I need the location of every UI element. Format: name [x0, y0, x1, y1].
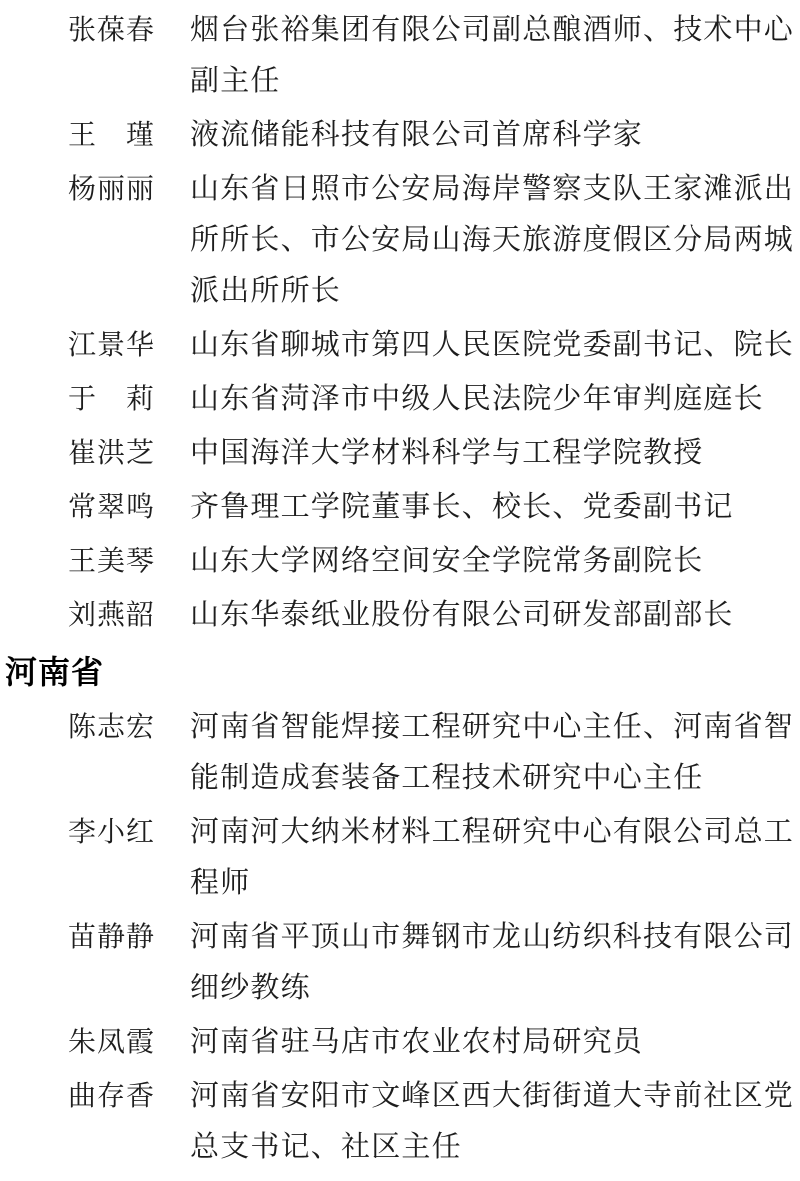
roster-entry: 王美琴山东大学网络空间安全学院常务副院长 — [0, 536, 800, 587]
roster-entry: 崔洪芝中国海洋大学材料科学与工程学院教授 — [0, 428, 800, 479]
entry-title: 山东省日照市公安局海岸警察支队王家滩派出所所长、市公安局山海天旅游度假区分局两城… — [190, 164, 794, 317]
entry-name: 刘燕韶 — [68, 590, 154, 641]
entry-name: 于莉 — [68, 374, 154, 425]
entry-title: 河南省驻马店市农业农村局研究员 — [190, 1017, 794, 1068]
roster-entry: 刘燕韶山东华泰纸业股份有限公司研发部副部长 — [0, 590, 800, 641]
roster-entry: 陈志宏河南省智能焊接工程研究中心主任、河南省智能制造成套装备工程技术研究中心主任 — [0, 702, 800, 804]
roster-entry: 朱凤霞河南省驻马店市农业农村局研究员 — [0, 1017, 800, 1068]
entry-name: 崔洪芝 — [68, 428, 154, 479]
entry-name: 王美琴 — [68, 536, 154, 587]
entry-title: 山东大学网络空间安全学院常务副院长 — [190, 536, 794, 587]
roster-entry: 曲存香河南省安阳市文峰区西大街街道大寺前社区党总支书记、社区主任 — [0, 1071, 800, 1173]
entry-name: 陈志宏 — [68, 702, 154, 753]
entry-title: 河南省智能焊接工程研究中心主任、河南省智能制造成套装备工程技术研究中心主任 — [190, 702, 794, 804]
entry-name: 李小红 — [68, 807, 154, 858]
honor-roll-page: 张葆春烟台张裕集团有限公司副总酿酒师、技术中心副主任王瑾液流储能科技有限公司首席… — [0, 0, 800, 1181]
entry-title: 河南河大纳米材料工程研究中心有限公司总工程师 — [190, 807, 794, 909]
entry-title: 中国海洋大学材料科学与工程学院教授 — [190, 428, 794, 479]
entry-name: 杨丽丽 — [68, 164, 154, 215]
roster-entry: 杨丽丽山东省日照市公安局海岸警察支队王家滩派出所所长、市公安局山海天旅游度假区分… — [0, 164, 800, 317]
entry-name: 朱凤霞 — [68, 1017, 154, 1068]
entry-name: 常翠鸣 — [68, 482, 154, 533]
entry-title: 液流储能科技有限公司首席科学家 — [190, 110, 794, 161]
roster-entry: 王瑾液流储能科技有限公司首席科学家 — [0, 110, 800, 161]
entry-name: 王瑾 — [68, 110, 154, 161]
entry-name: 张葆春 — [68, 5, 154, 56]
entry-title: 齐鲁理工学院董事长、校长、党委副书记 — [190, 482, 794, 533]
roster-entry: 于莉山东省菏泽市中级人民法院少年审判庭庭长 — [0, 374, 800, 425]
entry-name: 江景华 — [68, 320, 154, 371]
entry-title: 河南省安阳市文峰区西大街街道大寺前社区党总支书记、社区主任 — [190, 1071, 794, 1173]
roster-entry: 张葆春烟台张裕集团有限公司副总酿酒师、技术中心副主任 — [0, 5, 800, 107]
roster-entry: 江景华山东省聊城市第四人民医院党委副书记、院长 — [0, 320, 800, 371]
roster-entry: 李小红河南河大纳米材料工程研究中心有限公司总工程师 — [0, 807, 800, 909]
entry-name: 曲存香 — [68, 1071, 154, 1122]
roster-entry: 苗静静河南省平顶山市舞钢市龙山纺织科技有限公司细纱教练 — [0, 912, 800, 1014]
entry-title: 烟台张裕集团有限公司副总酿酒师、技术中心副主任 — [190, 5, 794, 107]
entry-title: 山东省菏泽市中级人民法院少年审判庭庭长 — [190, 374, 794, 425]
entry-title: 河南省平顶山市舞钢市龙山纺织科技有限公司细纱教练 — [190, 912, 794, 1014]
entry-name: 苗静静 — [68, 912, 154, 963]
section-header: 河南省 — [5, 647, 800, 698]
roster-entry: 常翠鸣齐鲁理工学院董事长、校长、党委副书记 — [0, 482, 800, 533]
entry-title: 山东省聊城市第四人民医院党委副书记、院长 — [190, 320, 794, 371]
entry-title: 山东华泰纸业股份有限公司研发部副部长 — [190, 590, 794, 641]
